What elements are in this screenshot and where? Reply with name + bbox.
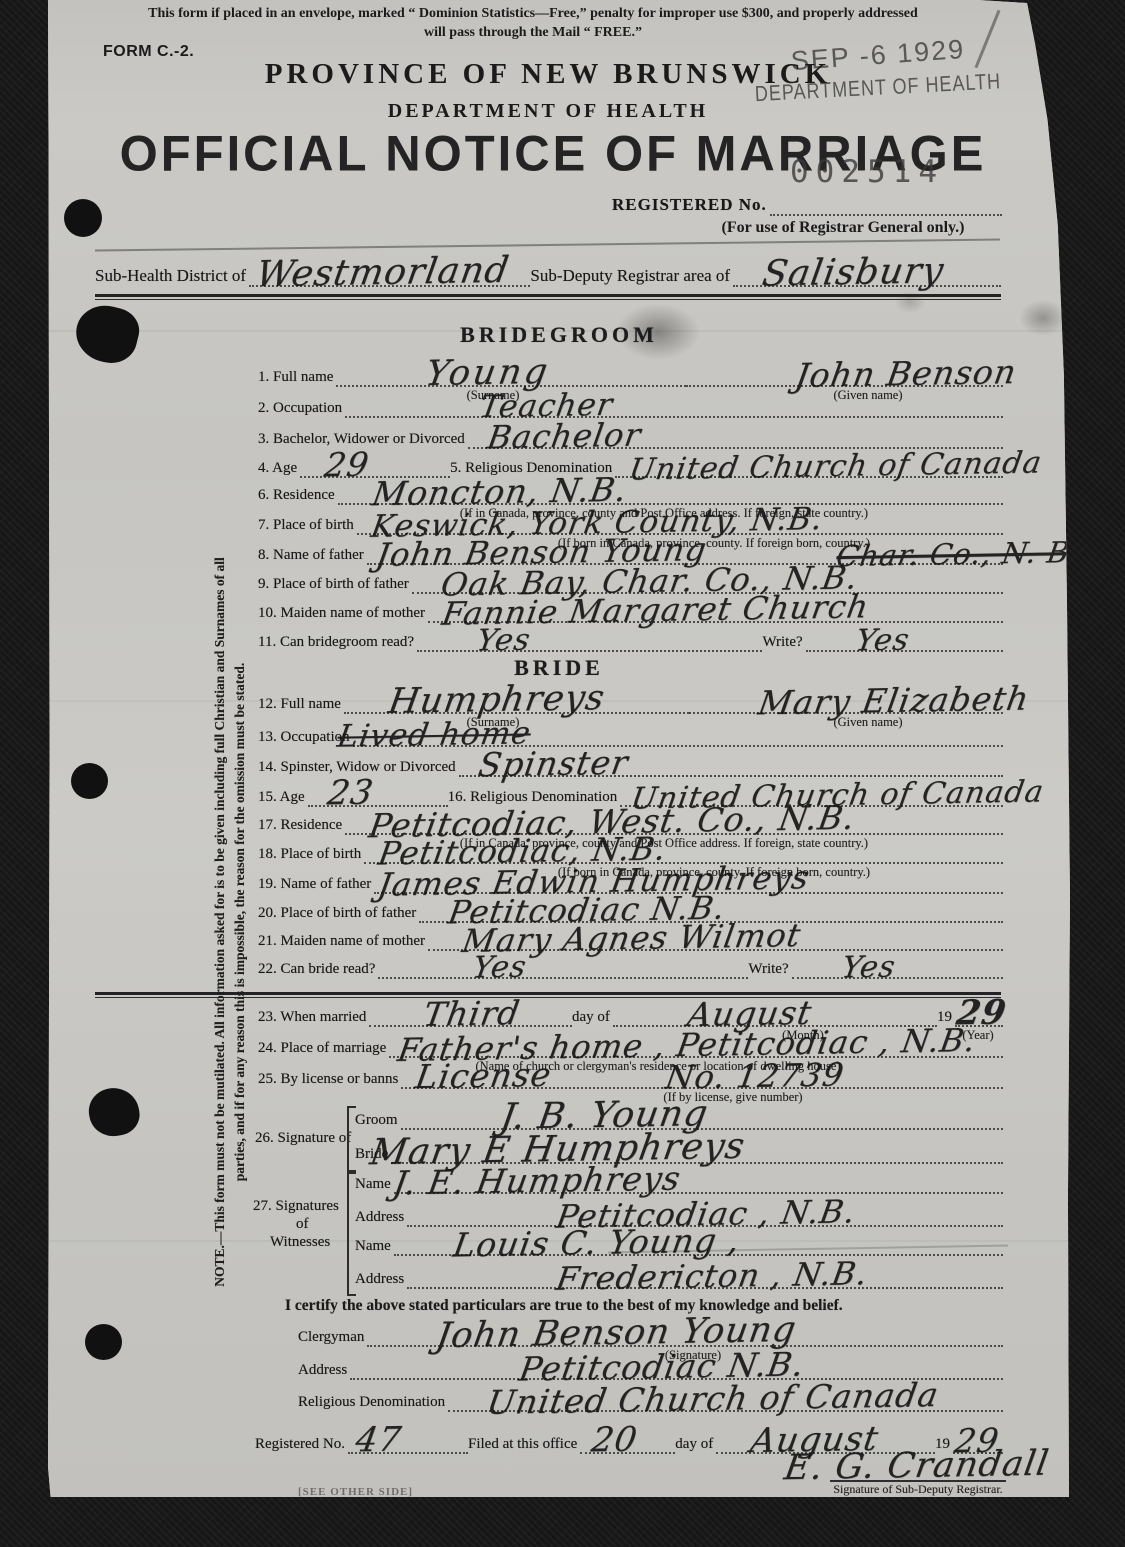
punch-hole-top (64, 199, 102, 237)
witnesses-label-2: of (296, 1216, 312, 1234)
row-groom-mother: 10. Maiden name of mother Fannie Margare… (258, 597, 1003, 623)
row-groom-residence: 6. Residence Moncton, N.B. (258, 479, 1003, 505)
row-groom-literacy: 11. Can bridegroom read? Yes Write? Yes (258, 626, 1003, 652)
row-witness2-name: Name Louis C. Young , (355, 1230, 1003, 1256)
groom-write-handwriting: Yes (853, 623, 912, 659)
registrar-general-note: (For use of Registrar General only.) (688, 219, 998, 237)
registered-number-stamp: 002514 (790, 154, 944, 190)
row-license: 25. By license or banns License No. 1273… (258, 1063, 1003, 1089)
row-groom-full-name: 1. Full name Young John Benson (258, 361, 1003, 387)
row-groom-father-birthplace: 9. Place of birth of father Oak Bay, Cha… (258, 568, 1003, 594)
margin-note-line2: parties, and if for any reason this is i… (230, 512, 250, 1332)
see-other-side-note: [SEE OTHER SIDE] (298, 1486, 413, 1498)
document-paper: This form if placed in an envelope, mark… (48, 0, 1070, 1497)
row-place-of-marriage: 24. Place of marriage Father's home , Pe… (258, 1032, 1003, 1058)
scanned-marriage-form: { "page": { "top_note_line1": "This form… (0, 0, 1125, 1547)
registrar-signature-hint: Signature of Sub-Deputy Registrar. (808, 1482, 1028, 1497)
section-divider-top (95, 294, 1001, 300)
row-groom-age-religion: 4. Age 29 5. Religious Denomination Unit… (258, 452, 1003, 478)
groom-read-handwriting: Yes (474, 623, 533, 659)
row-bride-birthplace: 18. Place of birth Petitcodiac, N.B. (258, 838, 1003, 864)
row-groom-occupation: 2. Occupation Teacher (258, 392, 1003, 418)
registered-no-line (770, 188, 1002, 216)
bride-read-handwriting: Yes (471, 950, 530, 986)
registered-no-label: REGISTERED No. (612, 195, 770, 216)
bride-write-handwriting: Yes (839, 950, 898, 986)
district-handwriting: Westmorland (253, 250, 512, 295)
margin-note-line1: NOTE.—This form must not be mutilated. A… (210, 512, 230, 1332)
row-bride-mother: 21. Maiden name of mother Mary Agnes Wil… (258, 925, 1003, 951)
clergyman-religion-handwriting: United Church of Canada (484, 1375, 942, 1422)
registrar-signature-line: E. G. Crandall (830, 1454, 1006, 1482)
registrar-area-label: Sub-Deputy Registrar area of (530, 266, 733, 287)
witness2-address-handwriting: Fredericton , N.B. (554, 1254, 871, 1297)
stray-pen-line (95, 238, 1000, 251)
scan-crease (48, 330, 1070, 332)
punch-hole-bottom (85, 1324, 122, 1360)
department-header: DEPARTMENT OF HEALTH (198, 100, 898, 123)
filed-value-handwriting: 20 (589, 1420, 641, 1461)
witnesses-label-3: Witnesses (270, 1234, 333, 1252)
license-handwriting: License (413, 1055, 555, 1096)
area-handwriting: Salisbury (760, 250, 947, 294)
mailing-note-line1: This form if placed in an envelope, mark… (78, 6, 988, 22)
witnesses-label-1: 27. Signatures (253, 1198, 342, 1216)
registered-value-handwriting: 47 (353, 1420, 405, 1461)
signature-of-label: 26. Signature of (255, 1130, 354, 1148)
row-clergyman-religion: Religious Denomination United Church of … (298, 1386, 1003, 1412)
mailing-note-line2: will pass through the Mail “ FREE.” (78, 25, 988, 41)
row-bride-literacy: 22. Can bride read? Yes Write? Yes (258, 953, 1003, 979)
bridegroom-heading: BRIDEGROOM (48, 322, 1070, 348)
row-witness2-address: Address Fredericton , N.B. (355, 1263, 1003, 1289)
form-number: FORM C.-2. (103, 43, 194, 61)
bride-status-handwriting: Spinster (475, 743, 631, 785)
row-groom-father: 8. Name of father John Benson Young Char… (258, 539, 1003, 565)
margin-note-vertical: NOTE.—This form must not be mutilated. A… (210, 512, 250, 1332)
row-clergyman: Clergyman John Benson Young (298, 1321, 1003, 1347)
bride-heading: BRIDE (48, 655, 1070, 681)
row-witness1-name: Name J. E. Humphreys (355, 1168, 1003, 1194)
district-label: Sub-Health District of (95, 266, 249, 287)
scan-crease (48, 700, 1070, 702)
when-day-handwriting: Third (421, 993, 523, 1034)
scan-crease (48, 1240, 1070, 1242)
punch-hole-middle (71, 763, 108, 799)
province-header: PROVINCE OF NEW BRUNSWICK (198, 58, 898, 91)
